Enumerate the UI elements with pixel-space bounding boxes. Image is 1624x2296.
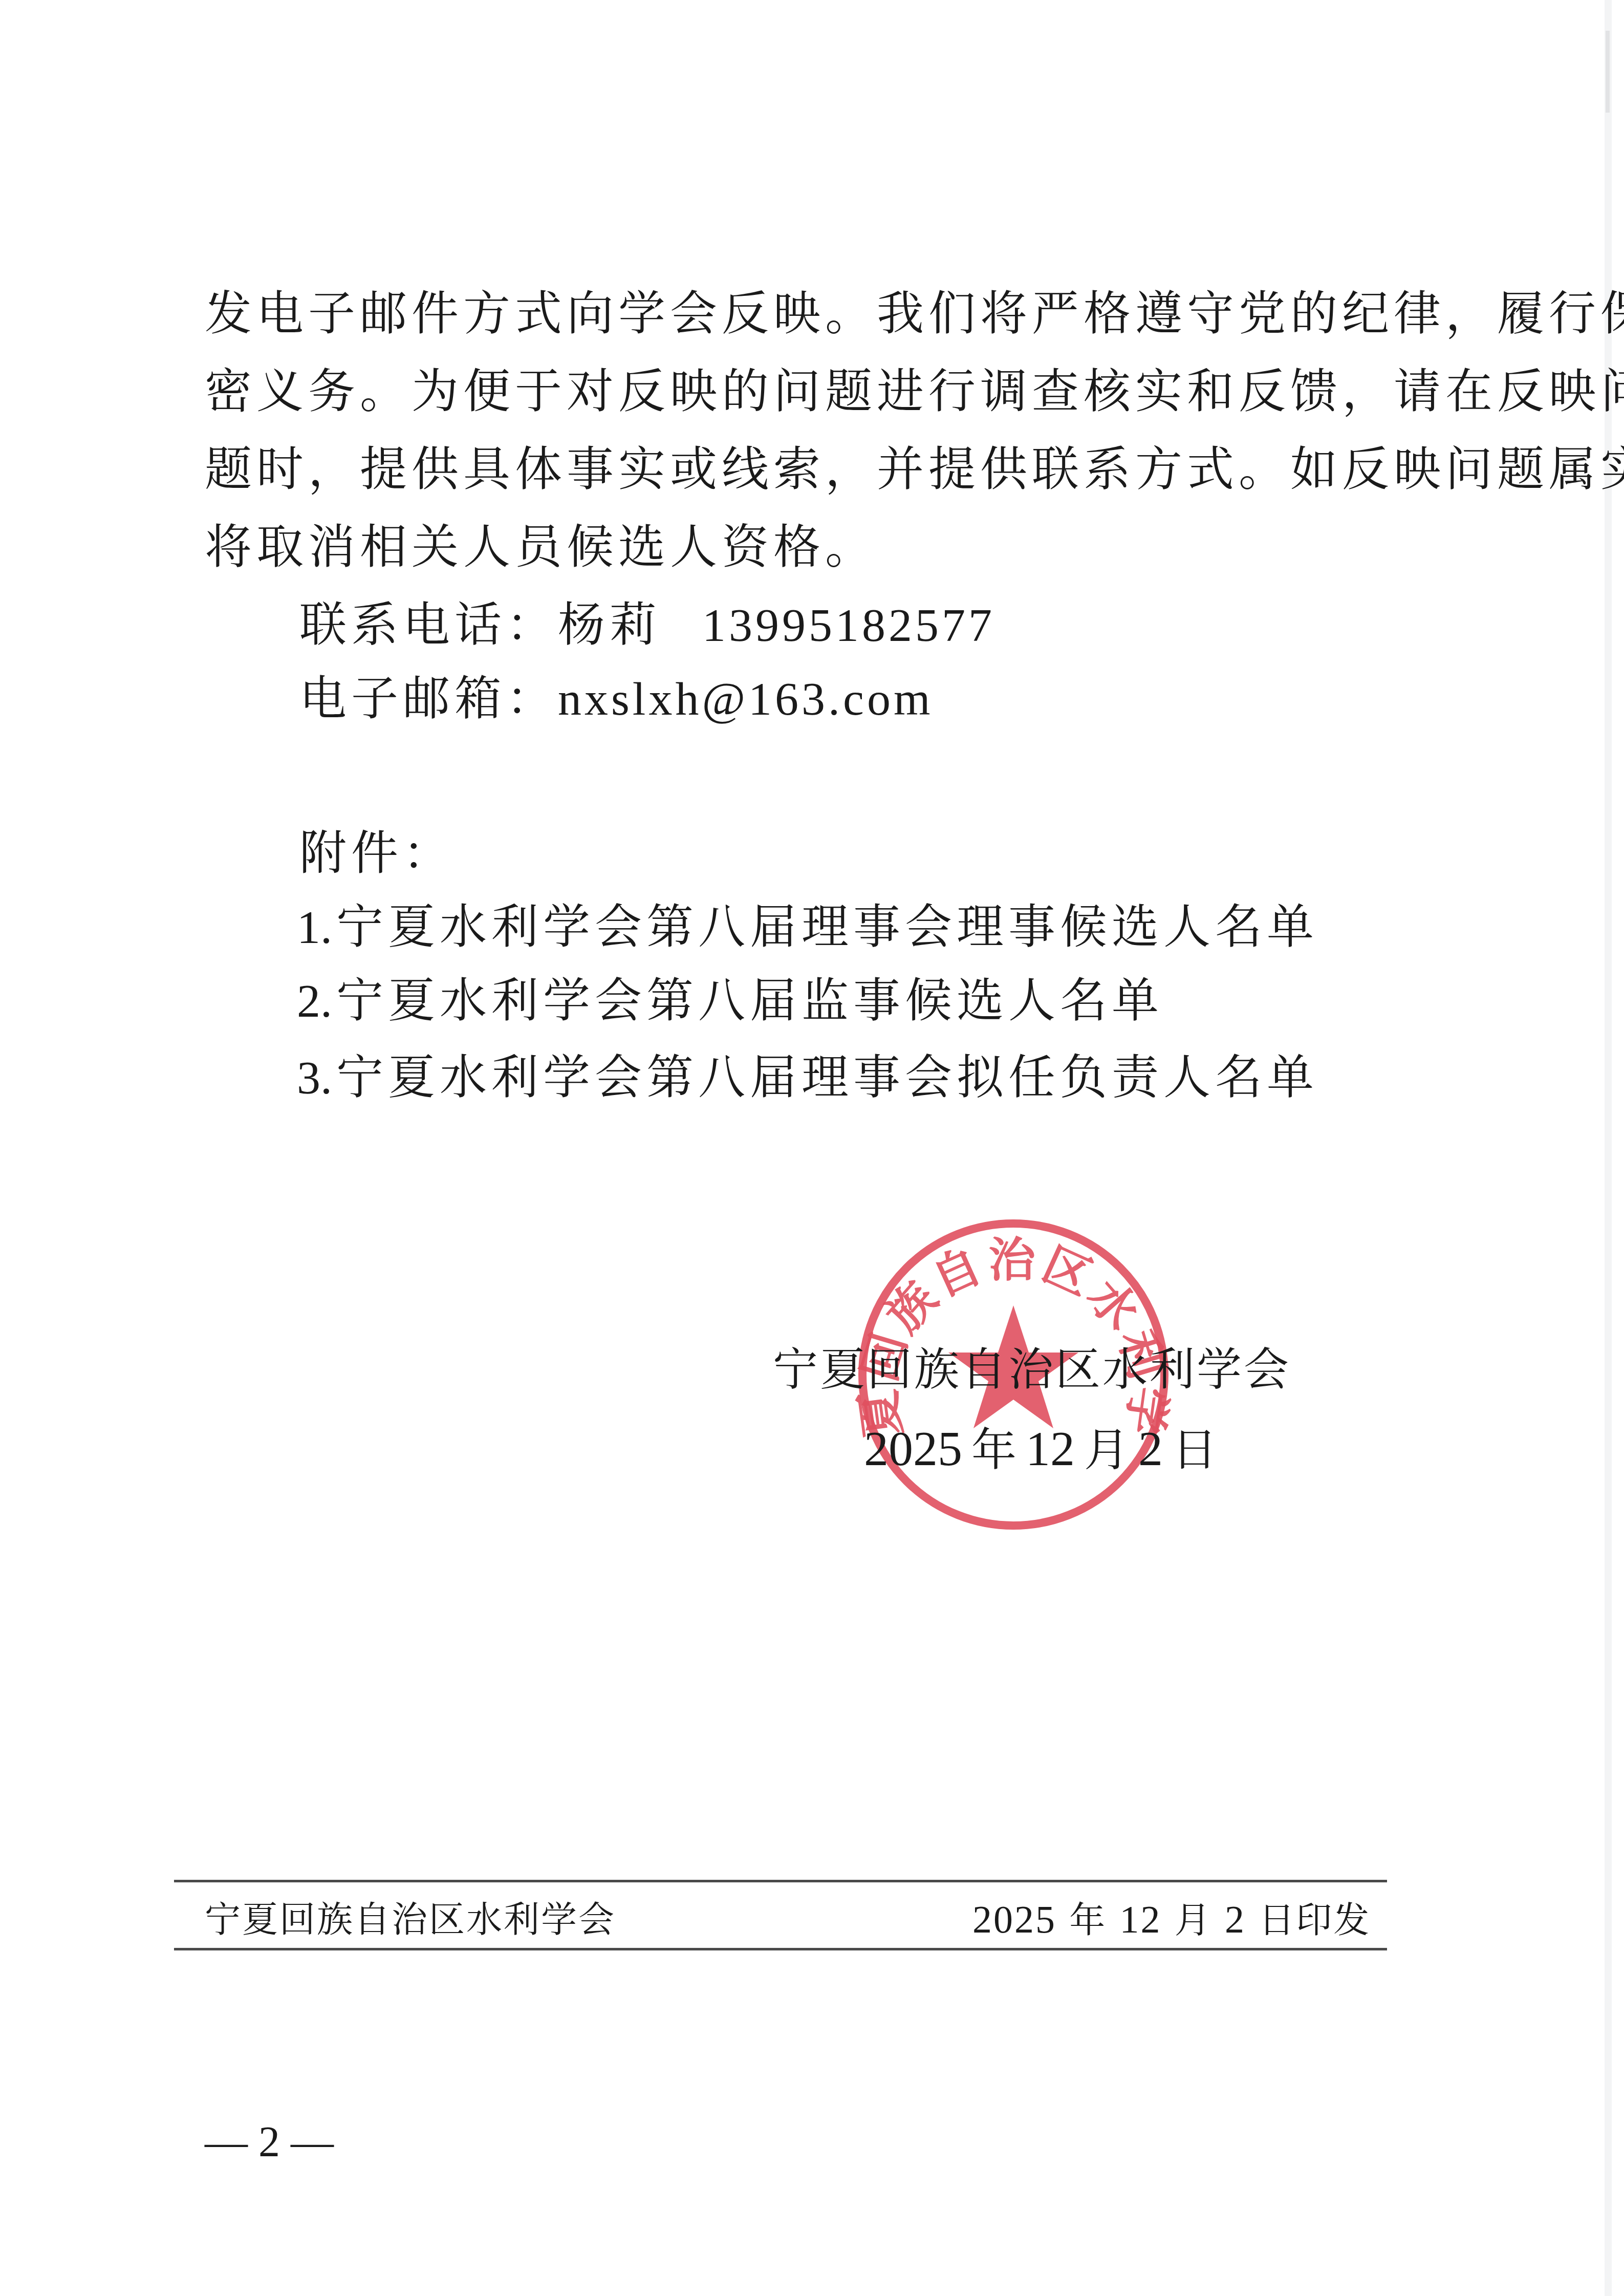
email-label: 电子邮箱： xyxy=(299,671,558,726)
page-edge-shadow xyxy=(1605,0,1612,2296)
body-paragraph-line-1: 发电子邮件方式向学会反映。我们将严格遵守党的纪律，履行保 xyxy=(205,286,1624,342)
email-address: nxslxh@163.com xyxy=(558,673,933,725)
attachment-item-2: 2.宁夏水利学会第八届监事候选人名单 xyxy=(297,973,1163,1029)
attachment-number: 2. xyxy=(297,975,332,1027)
phone-number: 13995182577 xyxy=(702,599,995,651)
attachment-text: 宁夏水利学会第八届理事会拟任负责人名单 xyxy=(336,1050,1318,1105)
footer-bottom-rule xyxy=(174,1948,1387,1950)
contact-phone: 联系电话：杨莉13995182577 xyxy=(299,597,995,653)
footer-top-rule xyxy=(174,1880,1387,1882)
attachment-number: 3. xyxy=(297,1052,332,1104)
attachment-text: 宁夏水利学会第八届监事候选人名单 xyxy=(336,973,1163,1028)
attachment-number: 1. xyxy=(297,901,332,953)
page-edge-mark xyxy=(1606,31,1610,113)
body-paragraph-line-3: 题时，提供具体事实或线索，并提供联系方式。如反映问题属实， xyxy=(205,441,1624,498)
attachment-text: 宁夏水利学会第八届理事会理事候选人名单 xyxy=(336,899,1318,954)
signature-organization: 宁夏回族自治区水利学会 xyxy=(773,1341,1291,1398)
footer-organization: 宁夏回族自治区水利学会 xyxy=(205,1894,616,1945)
body-paragraph-line-2: 密义务。为便于对反映的问题进行调查核实和反馈，请在反映问 xyxy=(205,363,1624,420)
footer-print-date: 2025 年 12 月 2 日印发 xyxy=(972,1894,1371,1946)
attachment-item-1: 1.宁夏水利学会第八届理事会理事候选人名单 xyxy=(297,899,1318,955)
contact-email: 电子邮箱：nxslxh@163.com xyxy=(299,671,934,727)
contact-name: 杨莉 xyxy=(558,597,661,652)
page-number: — 2 — xyxy=(205,2114,334,2171)
body-paragraph-line-4: 将取消相关人员候选人资格。 xyxy=(205,519,877,575)
attachment-item-3: 3.宁夏水利学会第八届理事会拟任负责人名单 xyxy=(297,1049,1318,1106)
phone-label: 联系电话： xyxy=(299,597,558,652)
attachments-title: 附件： xyxy=(299,825,454,882)
signature-date: 2025年12月2日 xyxy=(864,1421,1226,1478)
